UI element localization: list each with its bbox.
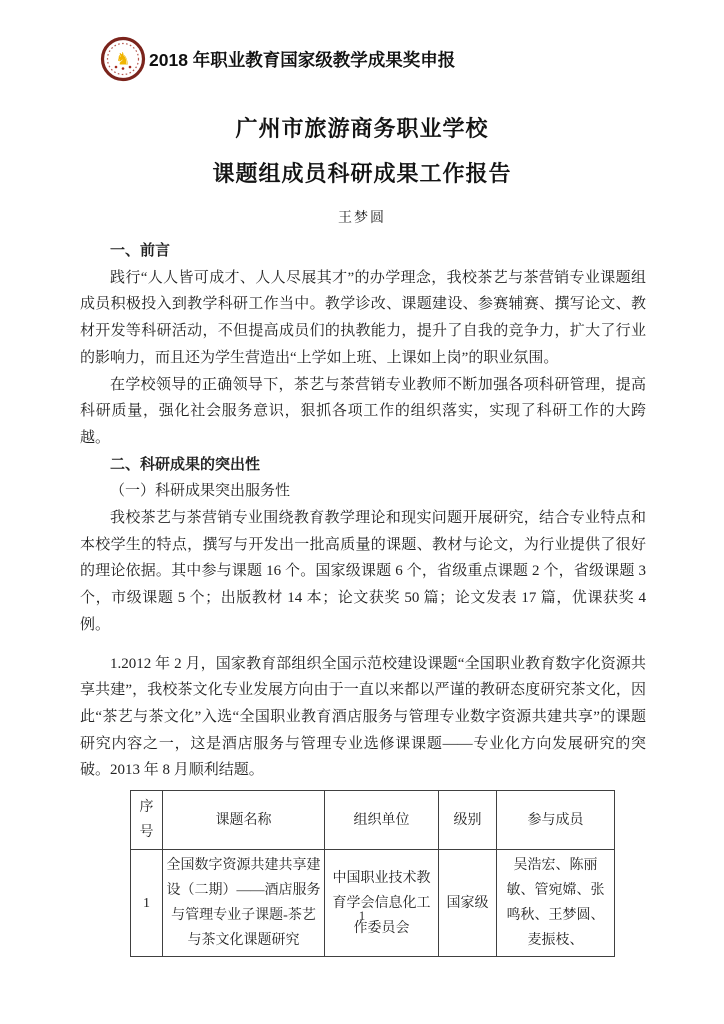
paragraph-preface-2: 在学校领导的正确领导下，茶艺与茶营销专业教师不断加强各项科研管理，提高科研质量，… xyxy=(80,372,646,452)
table-header-row: 序号 课题名称 组织单位 级别 参与成员 xyxy=(131,791,615,850)
document-title-line1: 广州市旅游商务职业学校 xyxy=(0,112,724,143)
author-name: 王梦圆 xyxy=(0,207,724,227)
cell-organizer: 中国职业技术教育学会信息化工作委员会 xyxy=(325,850,439,957)
paragraph-project-2012: 1.2012 年 2 月，国家教育部组织全国示范校建设课题“全国职业教育数字化资… xyxy=(80,651,646,785)
document-page: ♞ 2018 年职业教育国家级教学成果奖申报 广州市旅游商务职业学校 课题组成员… xyxy=(0,0,724,1024)
research-projects-table: 序号 课题名称 组织单位 级别 参与成员 1 全国数字资源共建共享建设（二期）—… xyxy=(130,790,615,957)
document-title-line2: 课题组成员科研成果工作报告 xyxy=(0,157,724,188)
column-header-members: 参与成员 xyxy=(497,791,615,850)
cell-level: 国家级 xyxy=(439,850,497,957)
document-body: 一、前言 践行“人人皆可成才、人人尽展其才”的办学理念，我校茶艺与茶营销专业课题… xyxy=(80,238,646,957)
cell-project-name: 全国数字资源共建共享建设（二期）——酒店服务与管理专业子课题-茶艺与茶文化课题研… xyxy=(163,850,325,957)
table-row: 1 全国数字资源共建共享建设（二期）——酒店服务与管理专业子课题-茶艺与茶文化课… xyxy=(131,850,615,957)
cell-index: 1 xyxy=(131,850,163,957)
column-header-index: 序号 xyxy=(131,791,163,850)
horse-icon: ♞ xyxy=(115,50,130,70)
column-header-organizer: 组织单位 xyxy=(325,791,439,850)
subsection-heading-service: （一）科研成果突出服务性 xyxy=(80,478,646,505)
school-seal-icon: ♞ xyxy=(100,36,146,82)
column-header-level: 级别 xyxy=(439,791,497,850)
page-header: ♞ 2018 年职业教育国家级教学成果奖申报 xyxy=(100,36,455,82)
paragraph-achievements-overview: 我校茶艺与茶营销专业围绕教育教学理论和现实问题开展研究，结合专业特点和本校学生的… xyxy=(80,505,646,639)
column-header-project-name: 课题名称 xyxy=(163,791,325,850)
paragraph-preface-1: 践行“人人皆可成才、人人尽展其才”的办学理念，我校茶艺与茶营销专业课题组成员积极… xyxy=(80,265,646,372)
section-heading-preface: 一、前言 xyxy=(80,238,646,265)
page-number: 1 xyxy=(0,908,724,924)
cell-members: 吴浩宏、陈丽敏、管宛嫦、张鸣秋、王梦圆、麦振枝、 xyxy=(497,850,615,957)
header-title: 2018 年职业教育国家级教学成果奖申报 xyxy=(149,47,455,72)
section-heading-achievements: 二、科研成果的突出性 xyxy=(80,452,646,479)
